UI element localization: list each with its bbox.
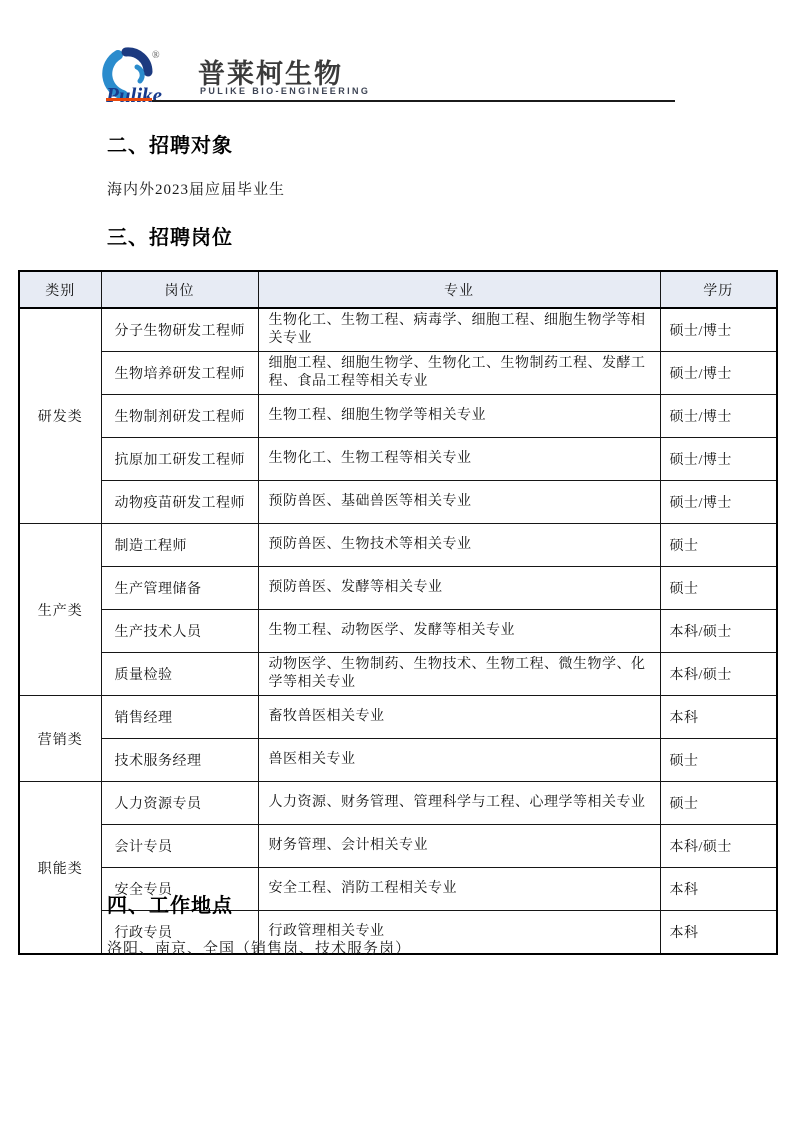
degree-cell: 本科 [660, 696, 777, 739]
degree-cell: 硕士 [660, 567, 777, 610]
positions-table: 类别 岗位 专业 学历 研发类 分子生物研发工程师 生物化工、生物工程、病毒学、… [18, 270, 778, 955]
major-cell: 预防兽医、发酵等相关专业 [258, 567, 660, 610]
section-heading-recruit-positions: 三、招聘岗位 [107, 221, 233, 250]
company-logo: ® Pulike 普莱柯生物 PULIKE BIO-ENGINEERING [96, 42, 696, 108]
degree-cell: 硕士/博士 [660, 481, 777, 524]
major-cell: 兽医相关专业 [258, 739, 660, 782]
table-row: 职能类 人力资源专员 人力资源、财务管理、管理科学与工程、心理学等相关专业 硕士 [19, 782, 777, 825]
registered-mark: ® [152, 50, 160, 61]
position-cell: 生产管理储备 [101, 567, 258, 610]
table-row: 生物制剂研发工程师 生物工程、细胞生物学等相关专业 硕士/博士 [19, 395, 777, 438]
table-row: 动物疫苗研发工程师 预防兽医、基础兽医等相关专业 硕士/博士 [19, 481, 777, 524]
position-cell: 制造工程师 [101, 524, 258, 567]
table-row: 会计专员 财务管理、会计相关专业 本科/硕士 [19, 825, 777, 868]
header-rule-line [152, 100, 675, 102]
category-cell: 研发类 [19, 308, 101, 524]
degree-cell: 硕士 [660, 524, 777, 567]
header-degree: 学历 [660, 271, 777, 308]
header-position: 岗位 [101, 271, 258, 308]
header-category: 类别 [19, 271, 101, 308]
position-cell: 技术服务经理 [101, 739, 258, 782]
category-cell: 生产类 [19, 524, 101, 696]
major-cell: 生物化工、生物工程、病毒学、细胞工程、细胞生物学等相关专业 [258, 308, 660, 352]
table-row: 质量检验 动物医学、生物制药、生物技术、生物工程、微生物学、化学等相关专业 本科… [19, 653, 777, 696]
position-cell: 质量检验 [101, 653, 258, 696]
table-row: 研发类 分子生物研发工程师 生物化工、生物工程、病毒学、细胞工程、细胞生物学等相… [19, 308, 777, 352]
table-header-row: 类别 岗位 专业 学历 [19, 271, 777, 308]
major-cell: 预防兽医、生物技术等相关专业 [258, 524, 660, 567]
degree-cell: 硕士/博士 [660, 352, 777, 395]
section-heading-recruit-target: 二、招聘对象 [107, 129, 233, 158]
major-cell: 动物医学、生物制药、生物技术、生物工程、微生物学、化学等相关专业 [258, 653, 660, 696]
position-cell: 分子生物研发工程师 [101, 308, 258, 352]
position-cell: 生产技术人员 [101, 610, 258, 653]
degree-cell: 本科 [660, 911, 777, 955]
degree-cell: 硕士 [660, 739, 777, 782]
position-cell: 生物培养研发工程师 [101, 352, 258, 395]
table-row: 技术服务经理 兽医相关专业 硕士 [19, 739, 777, 782]
major-cell: 生物化工、生物工程等相关专业 [258, 438, 660, 481]
position-cell: 人力资源专员 [101, 782, 258, 825]
position-cell: 动物疫苗研发工程师 [101, 481, 258, 524]
table-row: 生物培养研发工程师 细胞工程、细胞生物学、生物化工、生物制药工程、发酵工程、食品… [19, 352, 777, 395]
category-cell: 营销类 [19, 696, 101, 782]
degree-cell: 硕士/博士 [660, 308, 777, 352]
major-cell: 生物工程、细胞生物学等相关专业 [258, 395, 660, 438]
table-row: 生产类 制造工程师 预防兽医、生物技术等相关专业 硕士 [19, 524, 777, 567]
table-row: 生产技术人员 生物工程、动物医学、发酵等相关专业 本科/硕士 [19, 610, 777, 653]
logo-orange-underline [106, 98, 152, 101]
document-page: ® Pulike 普莱柯生物 PULIKE BIO-ENGINEERING 二、… [0, 0, 794, 1123]
recruit-target-text: 海内外2023届应届毕业生 [107, 178, 285, 199]
degree-cell: 本科/硕士 [660, 610, 777, 653]
position-cell: 抗原加工研发工程师 [101, 438, 258, 481]
degree-cell: 硕士/博士 [660, 395, 777, 438]
major-cell: 生物工程、动物医学、发酵等相关专业 [258, 610, 660, 653]
brand-script-text: Pulike [105, 83, 162, 107]
table-row: 抗原加工研发工程师 生物化工、生物工程等相关专业 硕士/博士 [19, 438, 777, 481]
position-cell: 销售经理 [101, 696, 258, 739]
degree-cell: 硕士/博士 [660, 438, 777, 481]
degree-cell: 硕士 [660, 782, 777, 825]
header-major: 专业 [258, 271, 660, 308]
major-cell: 畜牧兽医相关专业 [258, 696, 660, 739]
position-cell: 生物制剂研发工程师 [101, 395, 258, 438]
major-cell: 预防兽医、基础兽医等相关专业 [258, 481, 660, 524]
brand-name-en: PULIKE BIO-ENGINEERING [200, 86, 370, 96]
major-cell: 人力资源、财务管理、管理科学与工程、心理学等相关专业 [258, 782, 660, 825]
table-row: 营销类 销售经理 畜牧兽医相关专业 本科 [19, 696, 777, 739]
work-location-text: 洛阳、南京、全国（销售岗、技术服务岗） [107, 937, 411, 958]
table-row: 生产管理储备 预防兽医、发酵等相关专业 硕士 [19, 567, 777, 610]
degree-cell: 本科/硕士 [660, 825, 777, 868]
section-heading-work-location: 四、工作地点 [107, 889, 233, 918]
major-cell: 财务管理、会计相关专业 [258, 825, 660, 868]
position-cell: 会计专员 [101, 825, 258, 868]
category-cell: 职能类 [19, 782, 101, 955]
degree-cell: 本科 [660, 868, 777, 911]
degree-cell: 本科/硕士 [660, 653, 777, 696]
major-cell: 细胞工程、细胞生物学、生物化工、生物制药工程、发酵工程、食品工程等相关专业 [258, 352, 660, 395]
major-cell: 安全工程、消防工程相关专业 [258, 868, 660, 911]
